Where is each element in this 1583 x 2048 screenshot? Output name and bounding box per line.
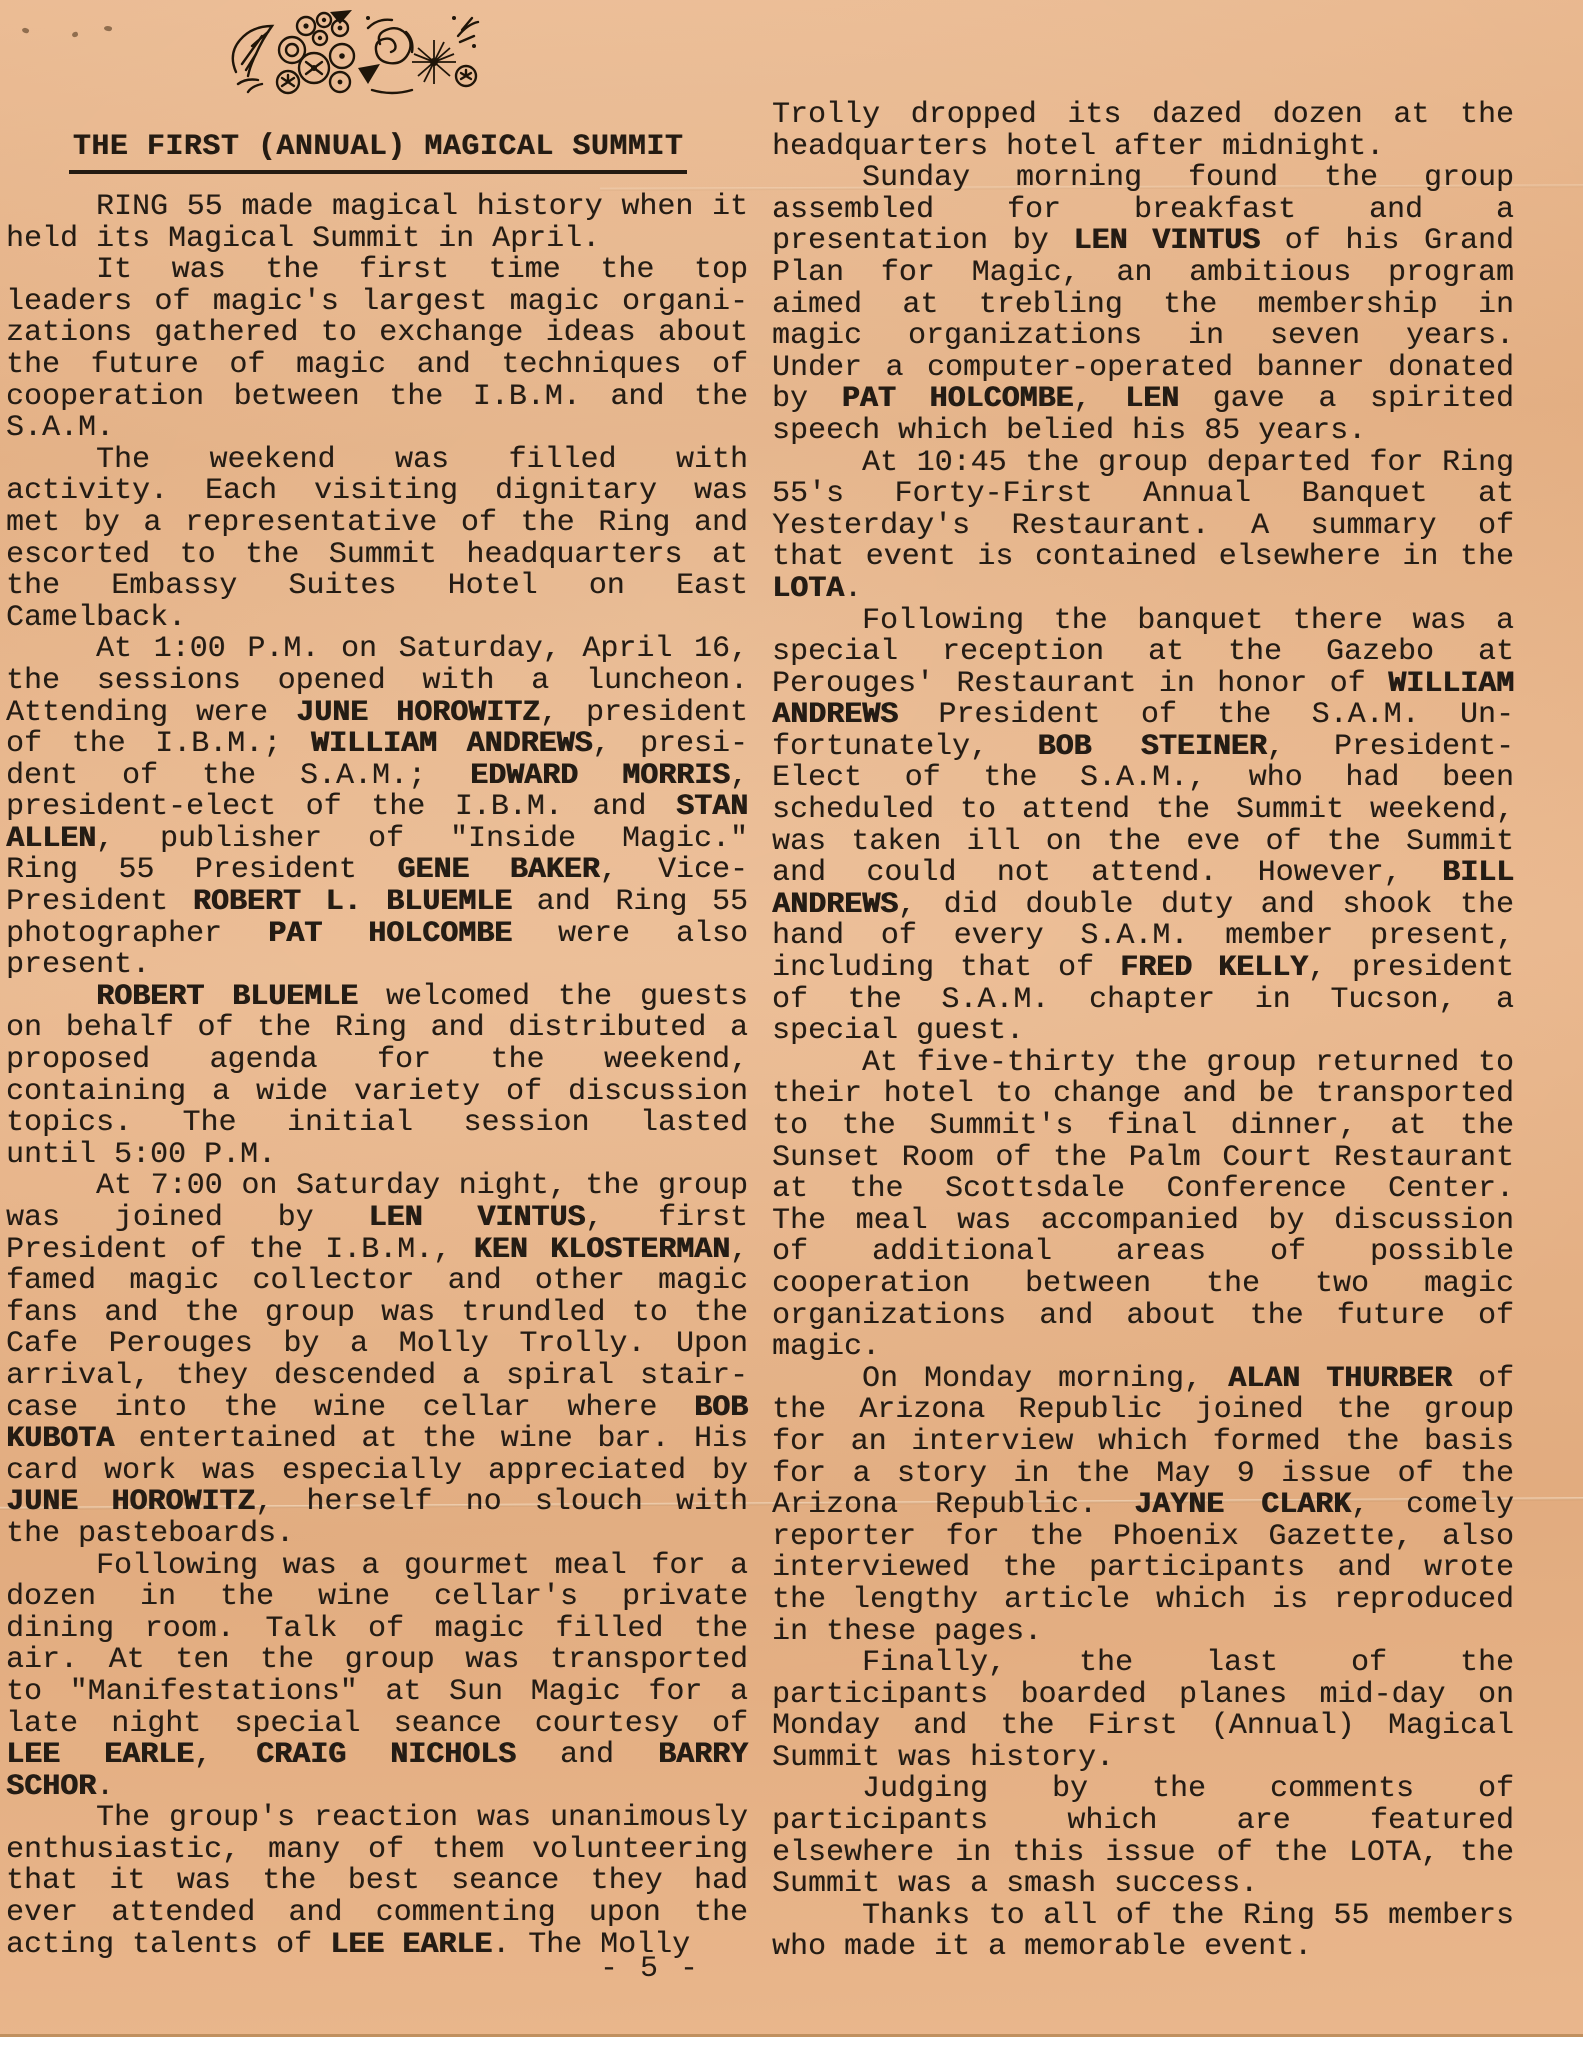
text-line: S.A.M. <box>6 413 748 445</box>
text-line: LOTA. <box>772 574 1514 606</box>
text-line: Summit was a smash success. <box>772 1869 1514 1901</box>
text-line: magic. <box>772 1332 1514 1364</box>
text-line: Finally, the last of the <box>772 1648 1514 1680</box>
text-line: until 5:00 P.M. <box>6 1140 748 1172</box>
text-line: Summit was history. <box>772 1743 1514 1775</box>
right-column: Trolly dropped its dazed dozen at thehea… <box>772 100 1514 1964</box>
text-line: Sunday morning found the group <box>772 163 1514 195</box>
text-line: at the Scottsdale Conference Center. <box>772 1174 1514 1206</box>
text-line: arrival, they descended a spiral stair- <box>6 1361 748 1393</box>
text-line: held its Magical Summit in April. <box>6 224 748 256</box>
text-line: famed magic collector and other magic <box>6 1266 748 1298</box>
text-line: President of the I.B.M., KEN KLOSTERMAN, <box>6 1235 748 1267</box>
text-line: in these pages. <box>772 1617 1514 1649</box>
paragraph: Finally, the last of theparticipants boa… <box>772 1648 1514 1774</box>
text-line: assembled for breakfast and a <box>772 195 1514 227</box>
text-line: Thanks to all of the Ring 55 members <box>772 1901 1514 1933</box>
text-line: participants which are featured <box>772 1806 1514 1838</box>
text-line: that it was the best seance they had <box>6 1866 748 1898</box>
text-line: Sunset Room of the Palm Court Restaurant <box>772 1143 1514 1175</box>
text-line: dining room. Talk of magic filled the <box>6 1614 748 1646</box>
text-line: At five-thirty the group returned to <box>772 1048 1514 1080</box>
text-line: cooperation between the two magic <box>772 1269 1514 1301</box>
text-line: zations gathered to exchange ideas about <box>6 318 748 350</box>
newsletter-page: THE FIRST (ANNUAL) MAGICAL SUMMIT RING 5… <box>0 0 1583 2048</box>
text-line: reporter for the Phoenix Gazette, also <box>772 1522 1514 1554</box>
paragraph: It was the first time the topleaders of … <box>6 255 748 445</box>
text-line: The group's reaction was unanimously <box>6 1803 748 1835</box>
text-line: KUBOTA entertained at the wine bar. His <box>6 1424 748 1456</box>
text-line: Following was a gourmet meal for a <box>6 1551 748 1583</box>
left-column: RING 55 made magical history when itheld… <box>6 192 748 1961</box>
text-line: was taken ill on the eve of the Summit <box>772 827 1514 859</box>
paragraph: On Monday morning, ALAN THURBER ofthe Ar… <box>772 1364 1514 1648</box>
text-line: who made it a memorable event. <box>772 1932 1514 1964</box>
text-line: of additional areas of possible <box>772 1237 1514 1269</box>
text-line: fans and the group was trundled to the <box>6 1298 748 1330</box>
text-line: the sessions opened with a luncheon. <box>6 666 748 698</box>
paragraph: At 10:45 the group departed for Ring55's… <box>772 448 1514 606</box>
text-line: activity. Each visiting dignitary was <box>6 476 748 508</box>
paragraph: Judging by the comments ofparticipants w… <box>772 1774 1514 1900</box>
text-line: the future of magic and techniques of <box>6 350 748 382</box>
text-line: Ring 55 President GENE BAKER, Vice- <box>6 855 748 887</box>
text-line: ROBERT BLUEMLE welcomed the guests <box>6 982 748 1014</box>
text-line: 55's Forty-First Annual Banquet at <box>772 479 1514 511</box>
floral-engraving-icon <box>222 6 480 98</box>
paragraph: The group's reaction was unanimouslyenth… <box>6 1803 748 1961</box>
text-line: interviewed the participants and wrote <box>772 1553 1514 1585</box>
text-line: At 1:00 P.M. on Saturday, April 16, <box>6 634 748 666</box>
text-line: case into the wine cellar where BOB <box>6 1393 748 1425</box>
text-line: of the I.B.M.; WILLIAM ANDREWS, presi- <box>6 729 748 761</box>
text-line: SCHOR. <box>6 1772 748 1804</box>
paragraph: The weekend was filled withactivity. Eac… <box>6 445 748 635</box>
text-line: ever attended and commenting upon the <box>6 1898 748 1930</box>
paragraph: Sunday morning found the groupassembled … <box>772 163 1514 447</box>
paragraph: At five-thirty the group returned tothei… <box>772 1048 1514 1364</box>
text-line: of the S.A.M. chapter in Tucson, a <box>772 985 1514 1017</box>
text-line: ANDREWS President of the S.A.M. Un- <box>772 700 1514 732</box>
text-line: and could not attend. However, BILL <box>772 858 1514 890</box>
text-line: At 7:00 on Saturday night, the group <box>6 1171 748 1203</box>
text-line: proposed agenda for the weekend, <box>6 1045 748 1077</box>
text-line: on behalf of the Ring and distributed a <box>6 1013 748 1045</box>
text-line: Judging by the comments of <box>772 1774 1514 1806</box>
text-line: late night special seance courtesy of <box>6 1709 748 1741</box>
text-line: special guest. <box>772 1016 1514 1048</box>
text-line: escorted to the Summit headquarters at <box>6 540 748 572</box>
text-line: Yesterday's Restaurant. A summary of <box>772 511 1514 543</box>
text-line: elsewhere in this issue of the LOTA, the <box>772 1838 1514 1870</box>
paragraph: RING 55 made magical history when itheld… <box>6 192 748 255</box>
paragraph: Thanks to all of the Ring 55 memberswho … <box>772 1901 1514 1964</box>
page-number: - 5 - <box>500 1952 800 1986</box>
text-line: was joined by LEN VINTUS, first <box>6 1203 748 1235</box>
text-line: to the Summit's final dinner, at the <box>772 1111 1514 1143</box>
text-line: Perouges' Restaurant in honor of WILLIAM <box>772 669 1514 701</box>
text-line: headquarters hotel after midnight. <box>772 132 1514 164</box>
text-line: On Monday morning, ALAN THURBER of <box>772 1364 1514 1396</box>
text-line: organizations and about the future of <box>772 1301 1514 1333</box>
text-line: Arizona Republic. JAYNE CLARK, comely <box>772 1490 1514 1522</box>
text-line: the lengthy article which is reproduced <box>772 1585 1514 1617</box>
text-line: Monday and the First (Annual) Magical <box>772 1711 1514 1743</box>
text-line: Plan for Magic, an ambitious program <box>772 258 1514 290</box>
text-line: Cafe Perouges by a Molly Trolly. Upon <box>6 1329 748 1361</box>
text-line: leaders of magic's largest magic organi- <box>6 287 748 319</box>
text-line: It was the first time the top <box>6 255 748 287</box>
text-line: to "Manifestations" at Sun Magic for a <box>6 1677 748 1709</box>
text-line: containing a wide variety of discussion <box>6 1077 748 1109</box>
text-line: scheduled to attend the Summit weekend, <box>772 795 1514 827</box>
text-line: speech which belied his 85 years. <box>772 416 1514 448</box>
text-line: aimed at trebling the membership in <box>772 290 1514 322</box>
text-line: for an interview which formed the basis <box>772 1427 1514 1459</box>
text-line: met by a representative of the Ring and <box>6 508 748 540</box>
text-line: the pasteboards. <box>6 1519 748 1551</box>
text-line: fortunately, BOB STEINER, President- <box>772 732 1514 764</box>
paragraph: At 1:00 P.M. on Saturday, April 16,the s… <box>6 634 748 982</box>
article-header: THE FIRST (ANNUAL) MAGICAL SUMMIT <box>6 130 750 174</box>
text-line: air. At ten the group was transported <box>6 1645 748 1677</box>
text-line: The weekend was filled with <box>6 445 748 477</box>
text-line: including that of FRED KELLY, president <box>772 953 1514 985</box>
text-line: cooperation between the I.B.M. and the <box>6 382 748 414</box>
text-line: At 10:45 the group departed for Ring <box>772 448 1514 480</box>
paragraph: ROBERT BLUEMLE welcomed the guestson beh… <box>6 982 748 1172</box>
text-line: special reception at the Gazebo at <box>772 637 1514 669</box>
text-line: dent of the S.A.M.; EDWARD MORRIS, <box>6 761 748 793</box>
paragraph: Following the banquet there was aspecial… <box>772 606 1514 1048</box>
text-line: their hotel to change and be transported <box>772 1079 1514 1111</box>
text-line: the Arizona Republic joined the group <box>772 1395 1514 1427</box>
text-line: dozen in the wine cellar's private <box>6 1582 748 1614</box>
text-line: Trolly dropped its dazed dozen at the <box>772 100 1514 132</box>
text-line: by PAT HOLCOMBE, LEN gave a spirited <box>772 384 1514 416</box>
text-line: magic organizations in seven years. <box>772 321 1514 353</box>
text-line: Elect of the S.A.M., who had been <box>772 763 1514 795</box>
paragraph: At 7:00 on Saturday night, the groupwas … <box>6 1171 748 1550</box>
text-line: Following the banquet there was a <box>772 606 1514 638</box>
text-line: ALLEN, publisher of "Inside Magic." <box>6 824 748 856</box>
text-line: Under a computer-operated banner donated <box>772 353 1514 385</box>
text-line: the Embassy Suites Hotel on East <box>6 571 748 603</box>
text-line: presentation by LEN VINTUS of his Grand <box>772 226 1514 258</box>
text-line: participants boarded planes mid-day on <box>772 1680 1514 1712</box>
text-line: Camelback. <box>6 603 748 635</box>
text-line: that event is contained elsewhere in the <box>772 542 1514 574</box>
text-line: president-elect of the I.B.M. and STAN <box>6 792 748 824</box>
text-line: President ROBERT L. BLUEMLE and Ring 55 <box>6 887 748 919</box>
paragraph: Trolly dropped its dazed dozen at thehea… <box>772 100 1514 163</box>
text-line: LEE EARLE, CRAIG NICHOLS and BARRY <box>6 1740 748 1772</box>
text-line: topics. The initial session lasted <box>6 1108 748 1140</box>
text-line: RING 55 made magical history when it <box>6 192 748 224</box>
text-line: present. <box>6 950 748 982</box>
text-line: enthusiastic, many of them volunteering <box>6 1835 748 1867</box>
article-title: THE FIRST (ANNUAL) MAGICAL SUMMIT <box>69 130 688 174</box>
text-line: JUNE HOROWITZ, herself no slouch with <box>6 1487 748 1519</box>
text-line: Attending were JUNE HOROWITZ, president <box>6 698 748 730</box>
text-line: for a story in the May 9 issue of the <box>772 1459 1514 1491</box>
text-line: photographer PAT HOLCOMBE were also <box>6 919 748 951</box>
text-line: ANDREWS, did double duty and shook the <box>772 890 1514 922</box>
text-line: hand of every S.A.M. member present, <box>772 921 1514 953</box>
text-line: card work was especially appreciated by <box>6 1456 748 1488</box>
paragraph: Following was a gourmet meal for adozen … <box>6 1551 748 1804</box>
text-line: The meal was accompanied by discussion <box>772 1206 1514 1238</box>
